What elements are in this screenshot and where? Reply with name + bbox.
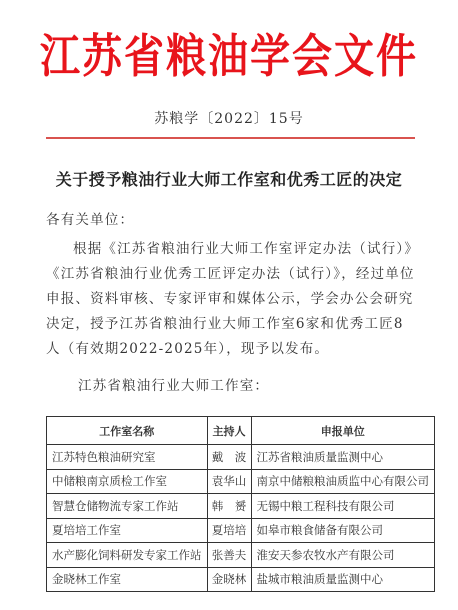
document-number: 苏粮学〔2022〕15号 — [0, 108, 458, 128]
table-header-row: 工作室名称 主持人 申报单位 — [47, 417, 435, 445]
host-name: 韩 赟 — [207, 494, 251, 519]
host-name: 张善夫 — [207, 543, 251, 568]
host-name: 金晓林 — [207, 567, 251, 592]
host-name: 戴 波 — [207, 445, 251, 470]
red-divider — [46, 137, 415, 139]
studio-name: 夏培培工作室 — [47, 518, 208, 543]
header-host: 主持人 — [207, 417, 251, 445]
header-studio-name: 工作室名称 — [47, 417, 208, 445]
host-name: 夏培培 — [207, 518, 251, 543]
studio-name: 中储粮南京质检工作室 — [47, 469, 208, 494]
applicant-unit: 江苏省粮油质量监测中心 — [251, 445, 435, 470]
studio-name: 智慧仓储物流专家工作站 — [47, 494, 208, 519]
applicant-unit: 淮安天参农牧水产有限公司 — [251, 543, 435, 568]
table-row: 金晓林工作室 金晓林 盐城市粮油质量监测中心 — [47, 567, 435, 592]
applicant-unit: 南京中储粮粮油质监中心有限公司 — [251, 469, 435, 494]
issuer-title: 江苏省粮油学会文件 — [0, 26, 458, 88]
studio-name: 金晓林工作室 — [47, 567, 208, 592]
decision-title: 关于授予粮油行业大师工作室和优秀工匠的决定 — [0, 167, 458, 190]
salutation: 各有关单位： — [46, 208, 418, 233]
applicant-unit: 无锡中粮工程科技有限公司 — [251, 494, 435, 519]
list-heading: 江苏省粮油行业大师工作室： — [78, 374, 269, 394]
table-row: 水产膨化饲料研发专家工作站 张善夫 淮安天参农牧水产有限公司 — [47, 543, 435, 568]
studio-name: 水产膨化饲料研发专家工作站 — [47, 543, 208, 568]
studio-table: 工作室名称 主持人 申报单位 江苏特色粮油研究室 戴 波 江苏省粮油质量监测中心… — [46, 416, 435, 592]
body-paragraph: 根据《江苏省粮油行业大师工作室评定办法（试行）》《江苏省粮油行业优秀工匠评定办法… — [46, 237, 418, 362]
table-row: 夏培培工作室 夏培培 如皋市粮食储备有限公司 — [47, 518, 435, 543]
studio-name: 江苏特色粮油研究室 — [47, 445, 208, 470]
applicant-unit: 如皋市粮食储备有限公司 — [251, 518, 435, 543]
host-name: 袁华山 — [207, 469, 251, 494]
header-applicant-unit: 申报单位 — [251, 417, 435, 445]
applicant-unit: 盐城市粮油质量监测中心 — [251, 567, 435, 592]
table-row: 江苏特色粮油研究室 戴 波 江苏省粮油质量监测中心 — [47, 445, 435, 470]
table-row: 智慧仓储物流专家工作站 韩 赟 无锡中粮工程科技有限公司 — [47, 494, 435, 519]
table-row: 中储粮南京质检工作室 袁华山 南京中储粮粮油质监中心有限公司 — [47, 469, 435, 494]
paragraph-text: 根据《江苏省粮油行业大师工作室评定办法（试行）》《江苏省粮油行业优秀工匠评定办法… — [46, 237, 418, 362]
